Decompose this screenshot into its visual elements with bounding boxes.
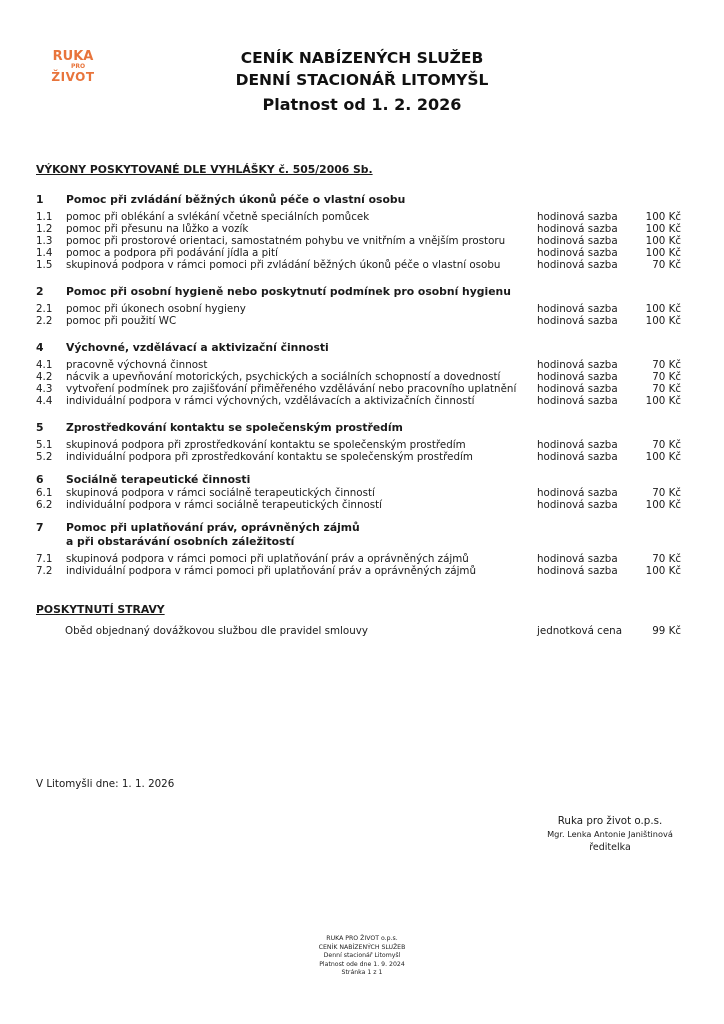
group-number: 5 (36, 421, 66, 435)
service-unit: hodinová sazba (537, 223, 629, 235)
service-code: 2.1 (36, 303, 66, 315)
group-title-line: Pomoc při uplatňování práv, oprávněných … (66, 521, 681, 535)
service-description: individuální podpora v rámci sociálně te… (66, 499, 537, 511)
service-group: 4Výchovné, vzdělávací a aktivizační činn… (36, 341, 681, 407)
service-price: 70 Kč (629, 359, 681, 371)
group-title: Pomoc při osobní hygieně nebo poskytnutí… (66, 285, 681, 299)
service-price: 100 Kč (629, 315, 681, 327)
group-title-line: a při obstarávání osobních záležitostí (66, 535, 681, 549)
service-unit: hodinová sazba (537, 499, 629, 511)
service-group: 1Pomoc při zvládání běžných úkonů péče o… (36, 193, 681, 271)
service-unit: hodinová sazba (537, 371, 629, 383)
service-row: 5.2individuální podpora při zprostředkov… (36, 451, 681, 463)
service-description: pracovně výchovná činnost (66, 359, 537, 371)
service-price: 100 Kč (629, 395, 681, 407)
validity-date: Platnost od 1. 2. 2026 (0, 92, 724, 118)
service-price: 70 Kč (629, 383, 681, 395)
service-unit: hodinová sazba (537, 553, 629, 565)
service-price: 100 Kč (629, 247, 681, 259)
service-price: 100 Kč (629, 223, 681, 235)
meals-heading: POSKYTNUTÍ STRAVY (36, 603, 681, 617)
service-code: 6.1 (36, 487, 66, 499)
service-row: 4.2nácvik a upevňování motorických, psyc… (36, 371, 681, 383)
service-group: 7Pomoc při uplatňování práv, oprávněných… (36, 521, 681, 577)
service-code: 2.2 (36, 315, 66, 327)
service-unit: hodinová sazba (537, 487, 629, 499)
service-unit: hodinová sazba (537, 235, 629, 247)
service-price: 70 Kč (629, 487, 681, 499)
service-description: pomoc při prostorové orientaci, samostat… (66, 235, 537, 247)
service-code: 4.2 (36, 371, 66, 383)
service-code: 5.1 (36, 439, 66, 451)
service-row: 6.1skupinová podpora v rámci sociálně te… (36, 487, 681, 499)
service-row: 2.1pomoc při úkonech osobní hygienyhodin… (36, 303, 681, 315)
service-price: 100 Kč (629, 235, 681, 247)
group-heading: 6Sociálně terapeutické činnosti (36, 473, 681, 487)
group-title-line: Zprostředkování kontaktu se společenským… (66, 421, 681, 435)
footer-line: CENÍK NABÍZENÝCH SLUŽEB (0, 944, 724, 953)
service-price: 70 Kč (629, 259, 681, 271)
service-row: 1.4pomoc a podpora při podávání jídla a … (36, 247, 681, 259)
service-unit: hodinová sazba (537, 303, 629, 315)
service-unit: hodinová sazba (537, 259, 629, 271)
service-description: pomoc při úkonech osobní hygieny (66, 303, 537, 315)
service-row: 4.1pracovně výchovná činnosthodinová saz… (36, 359, 681, 371)
service-row: 7.1skupinová podpora v rámci pomoci při … (36, 553, 681, 565)
service-description: skupinová podpora v rámci pomoci při zvl… (66, 259, 537, 271)
service-code: 6.2 (36, 499, 66, 511)
document-title: CENÍK NABÍZENÝCH SLUŽEB (0, 48, 724, 68)
service-code: 4.1 (36, 359, 66, 371)
service-description: skupinová podpora v rámci sociálně terap… (66, 487, 537, 499)
document-header: CENÍK NABÍZENÝCH SLUŽEB DENNÍ STACIONÁŘ … (0, 48, 724, 118)
footer-line: Denní stacionář Litomyšl (0, 952, 724, 961)
service-unit: hodinová sazba (537, 247, 629, 259)
service-row: 5.1skupinová podpora při zprostředkování… (36, 439, 681, 451)
group-title-line: Sociálně terapeutické činnosti (66, 473, 681, 487)
meal-price: 99 Kč (637, 625, 681, 637)
service-row: 7.2individuální podpora v rámci pomoci p… (36, 565, 681, 577)
service-code: 4.3 (36, 383, 66, 395)
service-description: pomoc při oblékání a svlékání včetně spe… (66, 211, 537, 223)
signature-name: Mgr. Lenka Antonie Janištinová (520, 828, 700, 841)
service-description: pomoc při přesunu na lůžko a vozík (66, 223, 537, 235)
footer-line: RUKA PRO ŽIVOT o.p.s. (0, 935, 724, 944)
service-code: 1.1 (36, 211, 66, 223)
service-code: 1.2 (36, 223, 66, 235)
footer-line: Stránka 1 z 1 (0, 969, 724, 978)
group-heading: 7Pomoc při uplatňování práv, oprávněných… (36, 521, 681, 549)
meal-row: Oběd objednaný dovážkovou službou dle pr… (36, 625, 681, 637)
service-group: 6Sociálně terapeutické činnosti6.1skupin… (36, 473, 681, 511)
group-number: 6 (36, 473, 66, 487)
service-description: nácvik a upevňování motorických, psychic… (66, 371, 537, 383)
signature-block: Ruka pro život o.p.s. Mgr. Lenka Antonie… (520, 815, 700, 854)
service-price: 100 Kč (629, 565, 681, 577)
service-code: 4.4 (36, 395, 66, 407)
service-row: 6.2individuální podpora v rámci sociálně… (36, 499, 681, 511)
group-title-line: Výchovné, vzdělávací a aktivizační činno… (66, 341, 681, 355)
price-list: VÝKONY POSKYTOVANÉ DLE VYHLÁŠKY č. 505/2… (36, 163, 681, 637)
place-date: V Litomyšli dne: 1. 1. 2026 (36, 778, 174, 790)
service-code: 5.2 (36, 451, 66, 463)
service-description: individuální podpora při zprostředkování… (66, 451, 537, 463)
service-price: 100 Kč (629, 211, 681, 223)
group-heading: 1Pomoc při zvládání běžných úkonů péče o… (36, 193, 681, 207)
service-row: 1.3pomoc při prostorové orientaci, samos… (36, 235, 681, 247)
group-number: 2 (36, 285, 66, 299)
services-heading: VÝKONY POSKYTOVANÉ DLE VYHLÁŠKY č. 505/2… (36, 163, 681, 177)
service-unit: hodinová sazba (537, 451, 629, 463)
service-code: 7.1 (36, 553, 66, 565)
group-title: Zprostředkování kontaktu se společenským… (66, 421, 681, 435)
service-row: 4.3vytvoření podmínek pro zajišťování př… (36, 383, 681, 395)
service-description: vytvoření podmínek pro zajišťování přimě… (66, 383, 537, 395)
service-unit: hodinová sazba (537, 315, 629, 327)
group-title-line: Pomoc při zvládání běžných úkonů péče o … (66, 193, 681, 207)
service-code: 1.4 (36, 247, 66, 259)
service-price: 100 Kč (629, 303, 681, 315)
service-price: 100 Kč (629, 451, 681, 463)
service-unit: hodinová sazba (537, 439, 629, 451)
group-title: Výchovné, vzdělávací a aktivizační činno… (66, 341, 681, 355)
group-heading: 5Zprostředkování kontaktu se společenský… (36, 421, 681, 435)
service-unit: hodinová sazba (537, 395, 629, 407)
service-description: skupinová podpora při zprostředkování ko… (66, 439, 537, 451)
group-number: 4 (36, 341, 66, 355)
signature-role: ředitelka (520, 841, 700, 854)
service-unit: hodinová sazba (537, 383, 629, 395)
service-description: individuální podpora v rámci výchovných,… (66, 395, 537, 407)
service-code: 1.3 (36, 235, 66, 247)
document-subtitle: DENNÍ STACIONÁŘ LITOMYŠL (0, 68, 724, 92)
meal-description: Oběd objednaný dovážkovou službou dle pr… (36, 625, 537, 637)
service-unit: hodinová sazba (537, 211, 629, 223)
service-unit: hodinová sazba (537, 359, 629, 371)
service-row: 2.2pomoc při použití WChodinová sazba100… (36, 315, 681, 327)
group-number: 7 (36, 521, 66, 549)
service-price: 70 Kč (629, 371, 681, 383)
service-description: individuální podpora v rámci pomoci při … (66, 565, 537, 577)
group-heading: 4Výchovné, vzdělávací a aktivizační činn… (36, 341, 681, 355)
group-number: 1 (36, 193, 66, 207)
group-title: Pomoc při uplatňování práv, oprávněných … (66, 521, 681, 549)
service-description: pomoc při použití WC (66, 315, 537, 327)
service-description: pomoc a podpora při podávání jídla a pit… (66, 247, 537, 259)
service-groups: 1Pomoc při zvládání běžných úkonů péče o… (36, 193, 681, 577)
group-title: Sociálně terapeutické činnosti (66, 473, 681, 487)
signature-org: Ruka pro život o.p.s. (520, 815, 700, 828)
service-price: 100 Kč (629, 499, 681, 511)
service-unit: hodinová sazba (537, 565, 629, 577)
service-code: 1.5 (36, 259, 66, 271)
service-group: 2Pomoc při osobní hygieně nebo poskytnut… (36, 285, 681, 327)
page-footer: RUKA PRO ŽIVOT o.p.s. CENÍK NABÍZENÝCH S… (0, 935, 724, 978)
service-price: 70 Kč (629, 439, 681, 451)
service-row: 1.5skupinová podpora v rámci pomoci při … (36, 259, 681, 271)
group-title-line: Pomoc při osobní hygieně nebo poskytnutí… (66, 285, 681, 299)
service-row: 1.1pomoc při oblékání a svlékání včetně … (36, 211, 681, 223)
service-code: 7.2 (36, 565, 66, 577)
group-heading: 2Pomoc při osobní hygieně nebo poskytnut… (36, 285, 681, 299)
service-description: skupinová podpora v rámci pomoci při upl… (66, 553, 537, 565)
service-row: 1.2pomoc při přesunu na lůžko a vozíkhod… (36, 223, 681, 235)
service-group: 5Zprostředkování kontaktu se společenský… (36, 421, 681, 463)
meal-unit: jednotková cena (537, 625, 637, 637)
service-row: 4.4individuální podpora v rámci výchovný… (36, 395, 681, 407)
group-title: Pomoc při zvládání běžných úkonů péče o … (66, 193, 681, 207)
service-price: 70 Kč (629, 553, 681, 565)
